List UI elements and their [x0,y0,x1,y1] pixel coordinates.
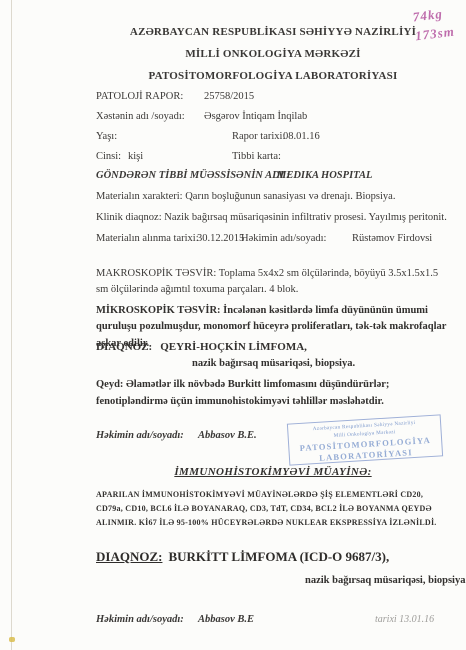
note-paragraph: Qeyd: Əlamətlər ilk növbədə Burkitt limf… [96,377,449,411]
age-label: Yaşı: [96,131,117,142]
clinical-diagnosis-text: Klinik diaqnoz: Nazik bağırsaq müsariqəs… [96,212,447,223]
doctor-signature1-value: Abbasov B.E. [198,430,257,441]
report-number-row: PATOLOJİ RAPOR: 25758/2015 [0,91,466,106]
sampling-doctor-label: Həkimin adı/soyadı: [241,233,326,244]
sampling-doctor-value: Rüstəmov Firdovsi [352,233,432,244]
sender-label: GÖNDƏRƏN TİBBİ MÜƏSSİSƏNİN ADI : [96,170,290,181]
medical-card-label: Tibbi karta: [232,151,281,162]
ihc-section-title: İMMUNOHİSTOKİMYƏVİ MÜAYİNƏ: [95,466,451,478]
age-and-report-date-row: Yaşı: Rapor tarixi: 08.01.16 [0,131,466,146]
ministry-title: AZƏRBAYCAN RESPUBLİKASI SƏHİYYƏ NAZİRLİY… [95,26,451,38]
ihc-findings-paragraph: APARILAN İMMUNOHİSTOKİMYƏVİ MÜAYİNƏLƏRDƏ… [96,488,452,530]
clinical-diagnosis-row: Klinik diaqnoz: Nazik bağırsaq müsariqəs… [0,212,466,227]
diagnosis-final: DIAQNOZ:BURKİTT LİMFOMA (ICD-O 9687/3), [96,549,389,565]
macroscopic-description: MAKROSKOPİK TƏSVİR: Toplama 5x4x2 sm ölç… [96,266,449,299]
doctor-signature1-label: Həkimin adı/soyadı: [96,430,184,441]
sex-value: kişi [128,151,143,162]
report-date-value: 08.01.16 [283,131,320,142]
patient-name-row: Xəstənin adı /soyadı: Əsgərov İntiqam İn… [0,111,466,126]
sex-label: Cinsi: [96,151,121,162]
scan-artifact-dot [9,637,15,642]
sender-value: MEDIKA HOSPITAL [277,170,372,181]
center-title: MİLLİ ONKOLOGİYA MƏRKƏZİ [95,48,451,60]
material-character-row: Materialın xarakteri: Qarın boşluğunun s… [0,191,466,206]
doctor-signature2-date: tarixi 13.01.16 [375,614,434,625]
laboratory-title: PATOSİTOMORFOLOGİYA LABORATORİYASI [95,70,451,82]
laboratory-stamp: Azərbaycan Respublikası Səhiyyə Nazirliy… [287,414,443,465]
report-date-label: Rapor tarixi: [232,131,285,142]
report-number-value: 25758/2015 [204,91,254,102]
patient-name-value: Əsgərov İntiqam İnqilab [204,111,307,122]
pathology-report-page: 74kg 173sm AZƏRBAYCAN RESPUBLİKASI SƏHİY… [0,0,466,650]
report-number-label: PATOLOJİ RAPOR: [96,91,183,102]
doctor-signature2-label: Həkimin adı/soyadı: [96,614,184,625]
sex-and-card-row: Cinsi: kişi Tibbi karta: [0,151,466,166]
diagnosis-final-site: nazik bağırsaq müsariqəsi, biopsiya. [305,575,466,586]
sender-institution-row: GÖNDƏRƏN TİBBİ MÜƏSSİSƏNİN ADI : MEDIKA … [0,170,466,185]
diagnosis-primary: DIAQNOZ:QEYRİ-HOÇKİN LİMFOMA, [96,339,449,356]
doctor-signature2-value: Abbasov B.E [198,614,254,625]
sampling-date-value: 30.12.2015 [197,233,244,244]
diagnosis-final-value: BURKİTT LİMFOMA (ICD-O 9687/3), [168,549,389,564]
sampling-date-row: Materialın alınma tarixi: 30.12.2015 Hək… [0,233,466,248]
handwritten-note: 74kg 173sm [412,4,456,46]
sampling-date-label: Materialın alınma tarixi: [96,233,199,244]
diagnosis-primary-site: nazik bağırsaq müsariqəsi, biopsiya. [192,358,355,369]
material-character-text: Materialın xarakteri: Qarın boşluğunun s… [96,191,395,202]
diagnosis-final-label: DIAQNOZ: [96,549,162,564]
diagnosis-primary-value: QEYRİ-HOÇKİN LİMFOMA, [160,341,307,353]
doctor-signature-row-2: Həkimin adı/soyadı: Abbasov B.E tarixi 1… [0,614,466,629]
diagnosis-primary-label: DIAQNOZ: [96,341,152,353]
patient-name-label: Xəstənin adı /soyadı: [96,111,185,122]
